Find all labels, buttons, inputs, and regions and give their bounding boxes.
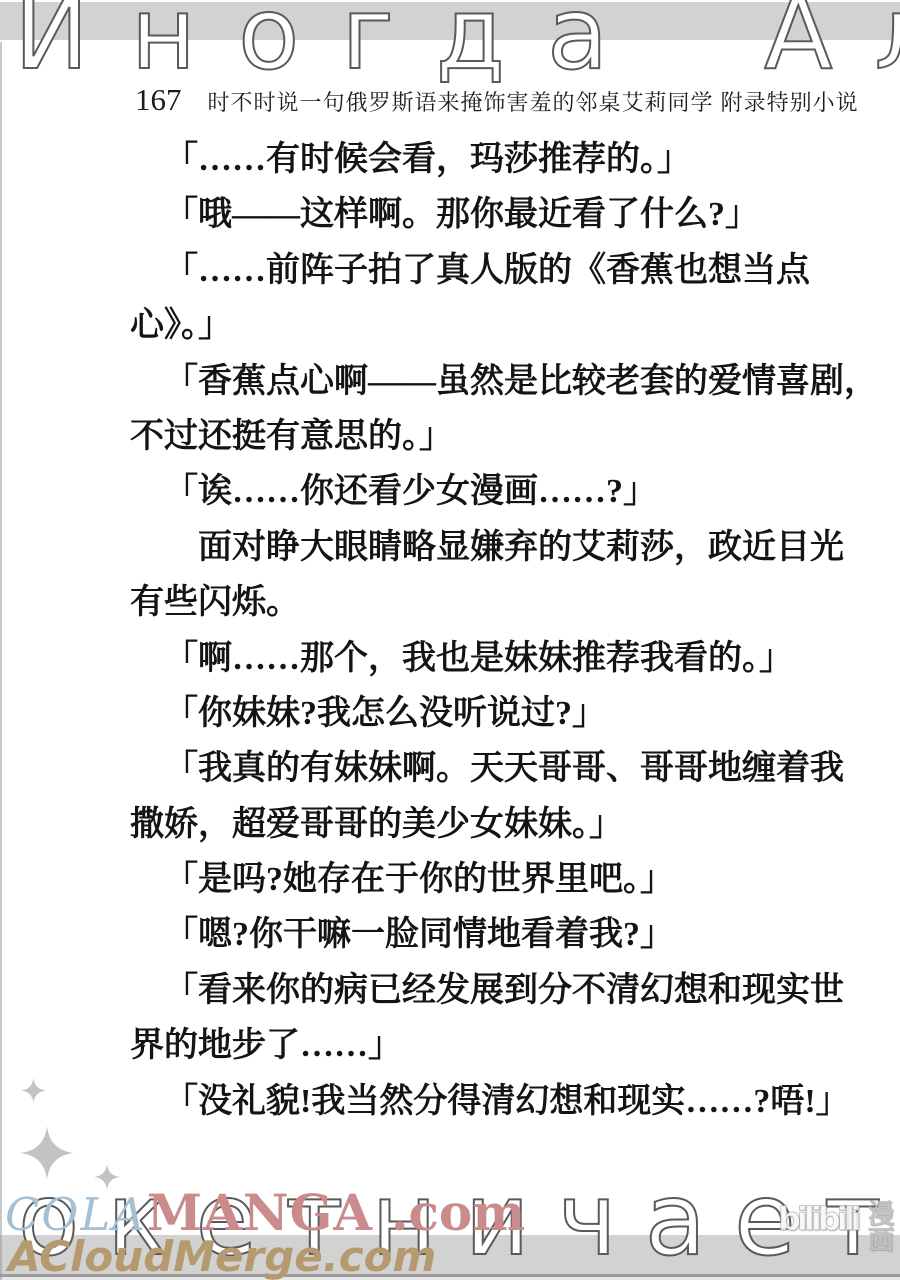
novel-body-text: 「……有时候会看，玛莎推荐的。」 「哦——这样啊。那你最近看了什么?」 「……前… (130, 132, 798, 1129)
page-left-edge-line (0, 42, 2, 1280)
novel-line: 有些闪烁。 (130, 575, 798, 630)
novel-line: 界的地步了……」 (130, 1018, 798, 1073)
novel-line: 撒娇，超爱哥哥的美少女妹妹。」 (130, 797, 798, 852)
novel-line: 「是吗?她存在于你的世界里吧。」 (130, 852, 798, 907)
novel-line: 「嗯?你干嘛一脸同情地看着我?」 (130, 907, 798, 962)
acloudmerge-watermark: ACloudMerge.com (8, 1232, 436, 1280)
novel-line: 「诶……你还看少女漫画……?」 (130, 464, 798, 519)
novel-line: 不过还挺有意思的。」 (130, 409, 798, 464)
chapter-title: 时不时说一句俄罗斯语来掩饰害羞的邻桌艾莉同学 附录特别小说 (208, 86, 859, 117)
bilibili-watermark: bilibili 漫画 (778, 1200, 894, 1252)
novel-page: Иногда Аля окетничает 167 时不时说一句俄罗斯语来掩饰害… (0, 0, 900, 1280)
novel-line: 面对睁大眼睛略显嫌弃的艾莉莎，政近目光 (130, 520, 798, 575)
bilibili-logo-text: bilibili (778, 1200, 858, 1238)
novel-line: 「……有时候会看，玛莎推荐的。」 (130, 132, 798, 187)
novel-line: 「啊……那个，我也是妹妹推荐我看的。」 (130, 631, 798, 686)
novel-line: 「你妹妹?我怎么没听说过?」 (130, 686, 798, 741)
novel-line: 「哦——这样啊。那你最近看了什么?」 (130, 187, 798, 242)
sparkle-icon (21, 1078, 46, 1103)
sparkle-icon (94, 1164, 120, 1190)
page-header: 167 时不时说一句俄罗斯语来掩饰害羞的邻桌艾莉同学 附录特别小说 (135, 82, 859, 118)
novel-line: 「我真的有妹妹啊。天天哥哥、哥哥地缠着我 (130, 741, 798, 796)
novel-line: 心》。」 (130, 298, 798, 353)
bilibili-manhua-label: 漫画 (864, 1200, 894, 1252)
page-number: 167 (135, 82, 182, 118)
sparkle-icon (20, 1126, 74, 1180)
novel-line: 「看来你的病已经发展到分不清幻想和现实世 (130, 963, 798, 1018)
top-banner-text: Иногда Аля (14, 0, 900, 84)
novel-line: 「香蕉点心啊——虽然是比较老套的爱情喜剧， (130, 354, 798, 409)
novel-line: 「……前阵子拍了真人版的《香蕉也想当点 (130, 243, 798, 298)
novel-line: 「没礼貌!我当然分得清幻想和现实……?唔!」 (130, 1074, 798, 1129)
